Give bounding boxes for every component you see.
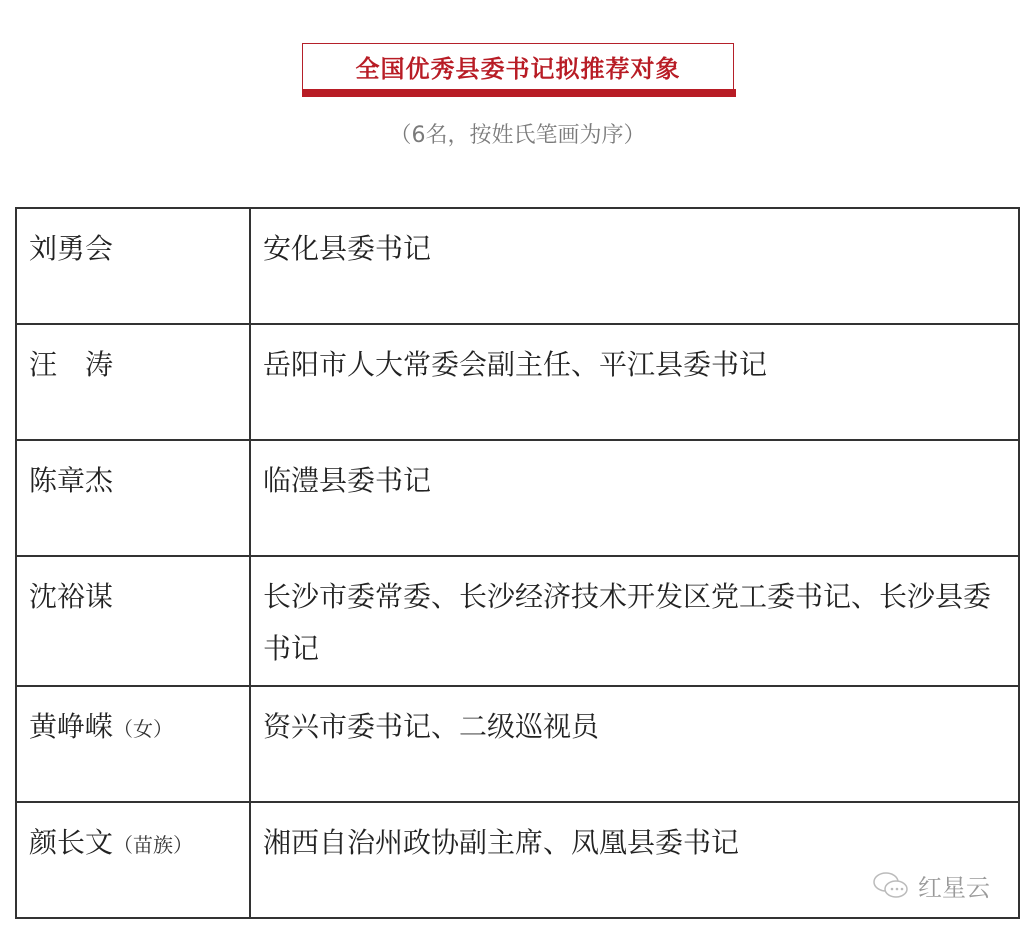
position-cell: 长沙市委常委、长沙经济技术开发区党工委书记、长沙县委书记 [250,556,1019,686]
wechat-icon [872,870,912,902]
name-cell: 颜长文（苗族） [16,802,250,918]
title-box: 全国优秀县委书记拟推荐对象 [302,43,734,89]
name-cell: 汪 涛 [16,324,250,440]
name-text: 汪 涛 [29,348,113,381]
table-row: 陈章杰 临澧县委书记 [16,440,1019,556]
page-title: 全国优秀县委书记拟推荐对象 [356,49,681,84]
table-row: 黄峥嵘（女） 资兴市委书记、二级巡视员 [16,686,1019,802]
watermark: 红星云 [872,868,990,903]
name-text: 陈章杰 [29,464,113,497]
table-row: 汪 涛 岳阳市人大常委会副主任、平江县委书记 [16,324,1019,440]
page-subtitle: （6名，按姓氏笔画为序） [0,118,1035,149]
title-underline-bar [302,89,736,97]
position-cell: 资兴市委书记、二级巡视员 [250,686,1019,802]
name-cell: 黄峥嵘（女） [16,686,250,802]
table-row: 颜长文（苗族） 湘西自治州政协副主席、凤凰县委书记 [16,802,1019,918]
name-text: 颜长文 [29,826,113,859]
name-cell: 沈裕谋 [16,556,250,686]
watermark-text: 红星云 [918,868,990,903]
name-cell: 陈章杰 [16,440,250,556]
position-cell: 岳阳市人大常委会副主任、平江县委书记 [250,324,1019,440]
name-text: 刘勇会 [29,232,113,265]
position-cell: 临澧县委书记 [250,440,1019,556]
name-text: 沈裕谋 [29,580,113,613]
candidate-table: 刘勇会 安化县委书记 汪 涛 岳阳市人大常委会副主任、平江县委书记 陈章杰 临澧… [15,207,1020,919]
position-cell: 安化县委书记 [250,208,1019,324]
name-text: 黄峥嵘 [29,710,113,743]
table-row: 沈裕谋 长沙市委常委、长沙经济技术开发区党工委书记、长沙县委书记 [16,556,1019,686]
name-cell: 刘勇会 [16,208,250,324]
name-note: （苗族） [113,833,193,857]
table-row: 刘勇会 安化县委书记 [16,208,1019,324]
name-note: （女） [113,717,173,741]
